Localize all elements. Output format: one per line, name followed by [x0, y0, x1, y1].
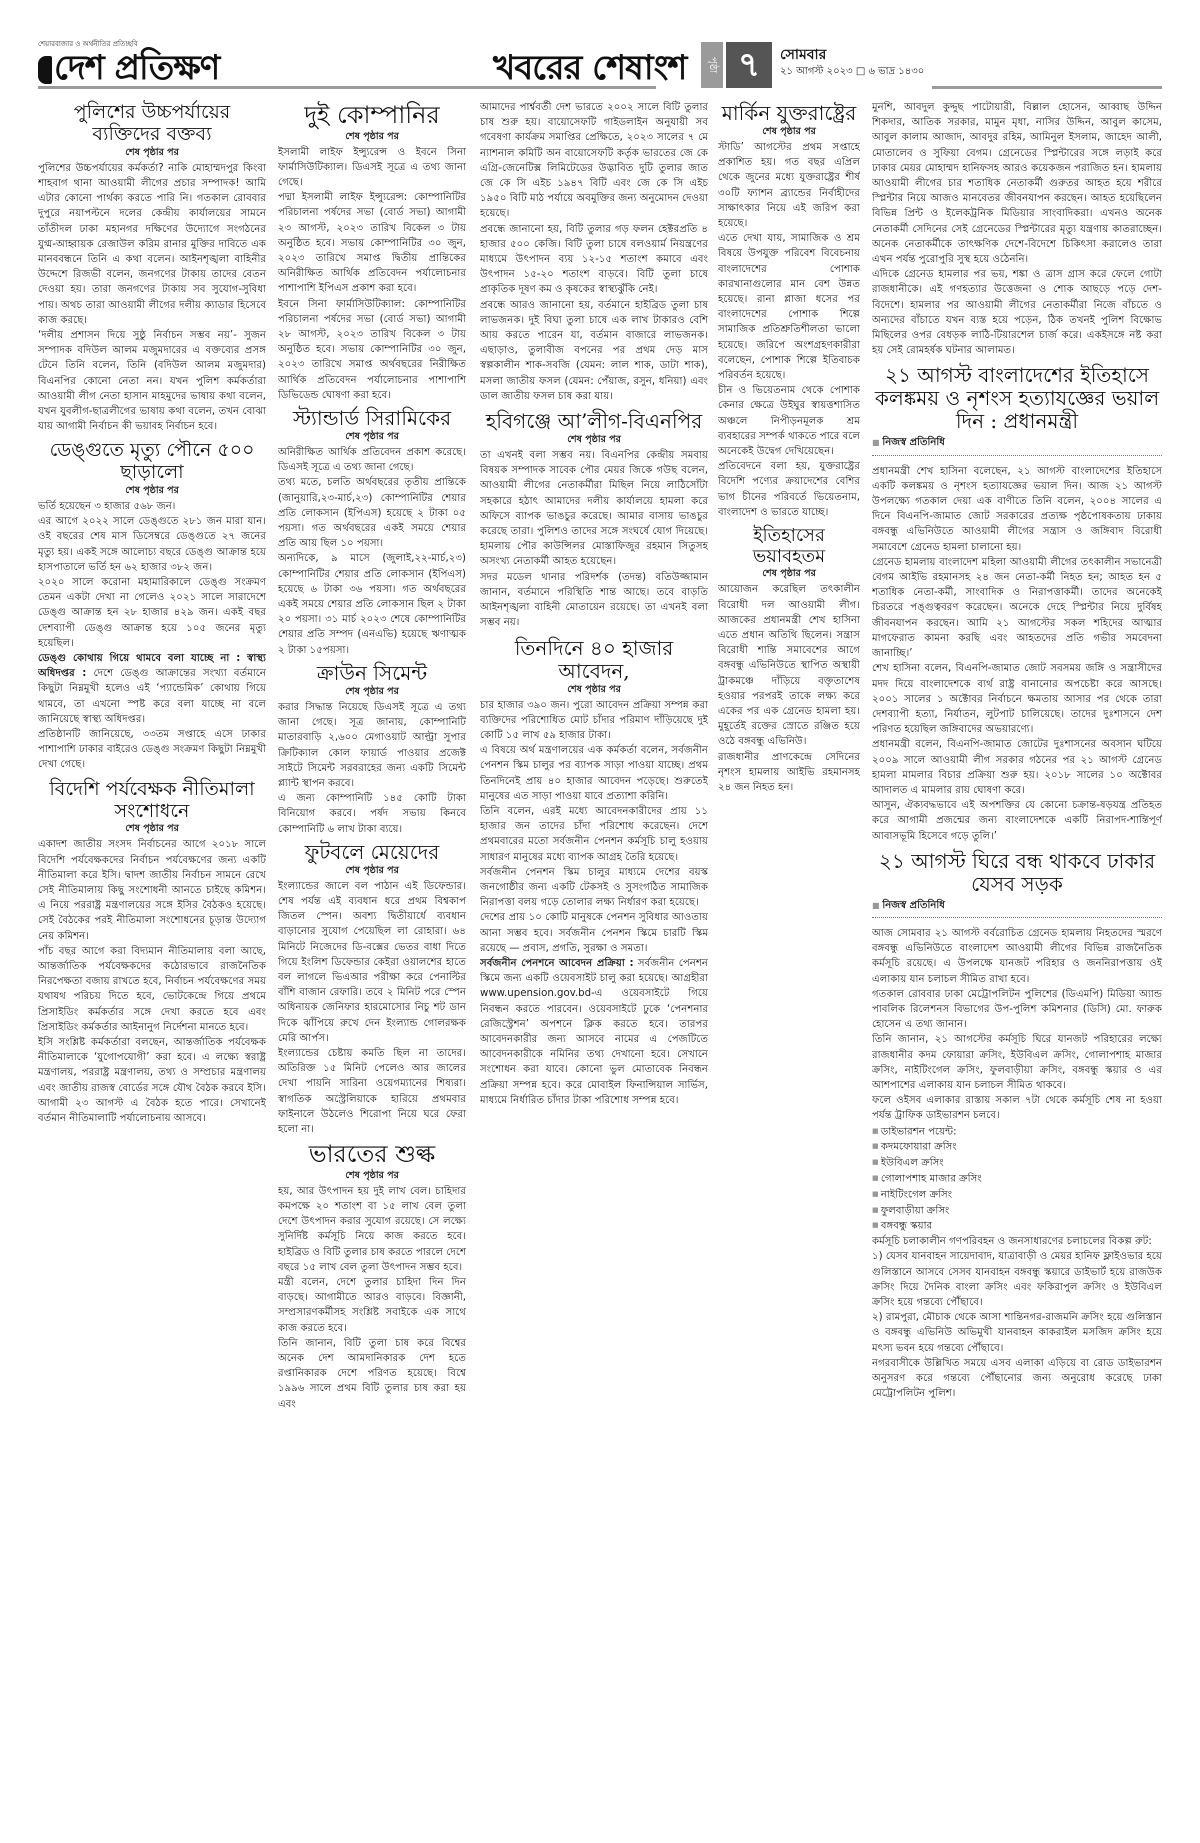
subhead: সর্বজনীন পেনশনে আবেদন প্রক্রিয়া :: [480, 958, 634, 969]
paragraph: ইসলামী লাইফ ইন্স্যুরেন্স ও ইবনে সিনা ফার…: [278, 145, 466, 191]
column-5: মুনশি, আবদুল কুদ্দুছ পাটোয়ারী, বিল্লাল …: [872, 100, 1162, 1740]
article-observer: বিদেশি পর্যবেক্ষক নীতিমালা সংশোধনে শেষ প…: [38, 779, 266, 1127]
paragraph: মন্ত্রী বলেন, দেশে তুলার চাহিদা দিন দিন …: [278, 1275, 466, 1336]
paragraph: পুলিশের উচ্চপর্যায়ের কর্মকর্তা? নাকি মো…: [38, 161, 266, 328]
subhead-paragraph: ডেঙ্গু কোথায় গিয়ে থামবে বলা যাচ্ছে না …: [38, 651, 266, 727]
column-4: মার্কিন যুক্তরাষ্ট্রের শেষ পৃষ্ঠার পর স্…: [718, 100, 860, 1740]
paragraph: ভর্তি হয়েছেন ৩ হাজার ৫৬৮ জন।: [38, 499, 266, 514]
weekday: সোমবার: [780, 46, 924, 64]
list-item: ডাইভারশন পয়েন্ট:: [872, 1124, 1162, 1140]
list-item: কদমফোয়ারা ক্রসিং: [872, 1139, 1162, 1155]
paragraph: প্রবন্ধে আরও জানানো হয়, বর্তমানে হাইব্র…: [480, 298, 708, 404]
pension-website-text: সর্বজনীন পেনশন স্কিমে জন্য একটি ওয়েবসাই…: [480, 958, 708, 1106]
page-label: পৃষ্ঠা: [701, 42, 723, 88]
page-number: ৭: [726, 42, 772, 88]
article-two-companies: দুই কোম্পানির শেষ পৃষ্ঠার পর ইসলামী লাইফ…: [278, 102, 466, 403]
paragraph: অনিরীক্ষিত আর্থিক প্রতিবেদন প্রকাশ করেছে…: [278, 445, 466, 475]
continued-label: শেষ পৃষ্ঠার পর: [480, 683, 708, 696]
headline-police[interactable]: পুলিশের উচ্চপর্যায়ের ব্যক্তিদের বক্তব্য: [38, 102, 266, 146]
headline-crown-cement[interactable]: ক্রাউন সিমেন্ট: [278, 662, 466, 685]
list-item: নাইটিংগেল ক্রসিং: [872, 1187, 1162, 1203]
paragraph: গতকাল রোববার ঢাকা মেট্রোপলিটন পুলিশের (ড…: [872, 987, 1162, 1033]
dotted-divider: [872, 917, 1162, 918]
paragraph: প্রবন্ধে জানানো হয়, বিটি তুলার গড় ফলন …: [480, 222, 708, 298]
subhead-paragraph: সর্বজনীন পেনশনে আবেদন প্রক্রিয়া : সর্বজ…: [480, 956, 708, 1108]
article-india-duty: ভারতের শুল্ক শেষ পৃষ্ঠার পর হয়, আর উৎপা…: [278, 1141, 466, 1412]
paragraph: ১) যেসব যানবাহন সায়েদাবাদ, যাত্রাবাড়ী …: [872, 1249, 1162, 1310]
list-item: বঙ্গবন্ধু স্কয়ার: [872, 1218, 1162, 1234]
paragraph: দেশের প্রায় ১০ কোটি মানুষকে পেনশন সুবিধ…: [480, 910, 708, 956]
article-hobiganj: হবিগঞ্জে আ’লীগ-বিএনপির শেষ পৃষ্ঠার পর তা…: [480, 410, 708, 630]
list-item: ফুলবাড়ীয়া ক্রসিং: [872, 1203, 1162, 1219]
paragraph: ইসি সংশ্লিষ্ট কর্মকর্তারা বলছেন, আন্তর্জ…: [38, 1035, 266, 1126]
column-1: পুলিশের উচ্চপর্যায়ের ব্যক্তিদের বক্তব্য…: [38, 100, 266, 1710]
article-august21-pm: ২১ আগস্ট বাংলাদেশের ইতিহাসে কলঙ্কময় ও ন…: [872, 364, 1162, 843]
paragraph: একাদশ জাতীয় সংসদ নির্বাচনের আগে ২০১৮ সা…: [38, 837, 266, 943]
headline-forty-thousand[interactable]: তিনদিনে ৪০ হাজার আবেদন,: [480, 637, 708, 683]
paragraph: গ্রেনেড হামলায় বাংলাদেশ মহিলা আওয়ামী ল…: [872, 555, 1162, 661]
continued-label: শেষ পৃষ্ঠার পর: [38, 146, 266, 159]
paragraph: স্টাডি’ আগস্টের প্রথম সপ্তাহে প্রকাশিত হ…: [718, 140, 860, 231]
headline-august21-pm[interactable]: ২১ আগস্ট বাংলাদেশের ইতিহাসে কলঙ্কময় ও ন…: [872, 364, 1162, 433]
headline-india-duty[interactable]: ভারতের শুল্ক: [278, 1141, 466, 1169]
headline-observer[interactable]: বিদেশি পর্যবেক্ষক নীতিমালা সংশোধনে: [38, 779, 266, 823]
paragraph: আজ সোমবার ২১ আগস্ট বর্বরোচিত গ্রেনেড হাম…: [872, 926, 1162, 987]
article-police: পুলিশের উচ্চপর্যায়ের ব্যক্তিদের বক্তব্য…: [38, 102, 266, 434]
continued-label: শেষ পৃষ্ঠার পর: [38, 484, 266, 497]
newspaper-logo[interactable]: শেয়ারবাজার ও অর্থনীতির প্রতিচ্ছবি দেশ প…: [38, 40, 219, 87]
byline: নিজস্ব প্রতিনিধি: [872, 898, 1162, 913]
paragraph: ২) রামপুরা, মৌচাক থেকে আসা শান্তিনগর-রাজ…: [872, 1310, 1162, 1356]
paragraph: চার হাজার ৩৯০ জন। পুরো আবেদন প্রক্রিয়া …: [480, 698, 708, 744]
article-dengue: ডেঙ্গুতে মৃত্যু পৌনে ৫০০ ছাড়ালো শেষ পৃষ…: [38, 440, 266, 772]
article-standard-ceramic: স্ট্যান্ডার্ড সিরামিকের শেষ পৃষ্ঠার পর অ…: [278, 407, 466, 658]
paragraph: তথ্য মতে, চলতি অর্থবছরের তৃতীয় প্রান্তি…: [278, 475, 466, 551]
paragraph: মুনশি, আবদুল কুদ্দুছ পাটোয়ারী, বিল্লাল …: [872, 100, 1162, 267]
byline: নিজস্ব প্রতিনিধি: [872, 435, 1162, 450]
article-august21-continued: মুনশি, আবদুল কুদ্দুছ পাটোয়ারী, বিল্লাল …: [872, 100, 1162, 358]
dotted-divider: [872, 455, 1162, 456]
paragraph: চীন ও ভিয়েতনাম থেকে পোশাক কেনার ক্ষেত্র…: [718, 383, 860, 459]
paragraph: ইংল্যান্ডের চেষ্টায় কমতি ছিল না তাদের। …: [278, 1046, 466, 1137]
article-roads-closed: ২১ আগস্ট ঘিরে বন্ধ থাকবে ঢাকার যেসব সড়ক…: [872, 850, 1162, 1402]
list-item: গোলাপশাহ মাজার ক্রসিং: [872, 1171, 1162, 1187]
paragraph: এদিকে গ্রেনেড হামলার পর ভয়, শঙ্কা ও ত্র…: [872, 267, 1162, 358]
paragraph: ফলে ওইসব এলাকার রাস্তায় সকাল ৭টা থেকে ক…: [872, 1093, 1162, 1123]
paragraph: করার সিদ্ধান্ত নিয়েছে ডিএসই সূত্রে এ তথ…: [278, 700, 466, 791]
paragraph: শেখ হাসিনা বলেন, বিএনপি-জামাত জোট সবসময়…: [872, 661, 1162, 737]
continued-label: শেষ পৃষ্ঠার পর: [718, 125, 860, 138]
paragraph: আসুন, ঐক্যবদ্ধভাবে এই অপশক্তির যে কোনো চ…: [872, 798, 1162, 844]
diversion-points-list: ডাইভারশন পয়েন্ট: কদমফোয়ারা ক্রসিং ইউবি…: [872, 1124, 1162, 1235]
continued-label: শেষ পৃষ্ঠার পর: [278, 430, 466, 443]
paragraph: এ জন্য কোম্পানিটি ১৪৫ কোটি টাকা বিনিয়োগ…: [278, 791, 466, 837]
paragraph: প্রধানমন্ত্রী বলেন, বিএনপি-জামাত জোটের দ…: [872, 737, 1162, 798]
paragraph: প্রধানমন্ত্রী শেখ হাসিনা বলেছেন, ২১ আগস্…: [872, 464, 1162, 555]
headline-two-companies[interactable]: দুই কোম্পানির: [278, 102, 466, 130]
logo-badge-icon: [38, 56, 52, 84]
paragraph: ২০২০ সালে করোনা মহামারিকালে ডেঙ্গু সংক্র…: [38, 575, 266, 651]
list-item: ইউবিএল ক্রসিং: [872, 1155, 1162, 1171]
paragraph: পদ্মা ইসলামী লাইফ ইন্স্যুরেন্স: কোম্পানি…: [278, 190, 466, 296]
brand-name: দেশ প্রতিক্ষণ: [54, 48, 219, 88]
paragraph: পাঁচ বছর আগে করা বিদ্যমান নীতিমালায় বলা…: [38, 944, 266, 1035]
headline-usa[interactable]: মার্কিন যুক্তরাষ্ট্রের: [718, 102, 860, 125]
column-2: দুই কোম্পানির শেষ পৃষ্ঠার পর ইসলামী লাইফ…: [278, 100, 466, 1740]
paragraph: আমাদের পার্শ্ববর্তী দেশ ভারতে ২০০২ সালে …: [480, 100, 708, 222]
masthead-rule-left: [38, 86, 656, 89]
continued-label: শেষ পৃষ্ঠার পর: [38, 822, 266, 835]
paragraph: সদর মডেল থানার পরিদর্শক (তদন্ত) বতিউজ্জা…: [480, 570, 708, 631]
paragraph: এর আগে ২০২২ সালে ডেঙ্গুতে ২৮১ জন মারা যা…: [38, 514, 266, 575]
paragraph: নগরবাসীকে উল্লিখিত সময়ে এসব এলাকা এড়িয…: [872, 1356, 1162, 1402]
paragraph: অন্যদিকে, ৯ মাসে (জুলাই,২২-মার্চ,২৩) কোম…: [278, 551, 466, 657]
date-block: সোমবার ২১ আগস্ট ২০২৩ □ ৬ ভাদ্র ১৪৩০: [780, 46, 924, 80]
paragraph: প্রতিষ্ঠানটি জানিয়েছে, ৩৩তম সপ্তাহে এসে…: [38, 727, 266, 773]
column-3: আমাদের পার্শ্ববর্তী দেশ ভারতে ২০০২ সালে …: [480, 100, 708, 1740]
article-history-worst: ইতিহাসের ভয়াবহতম শেষ পৃষ্ঠার পর আয়োজন …: [718, 526, 860, 795]
headline-dengue[interactable]: ডেঙ্গুতে মৃত্যু পৌনে ৫০০ ছাড়ালো: [38, 440, 266, 484]
headline-history-worst[interactable]: ইতিহাসের ভয়াবহতম: [718, 526, 860, 567]
paragraph: ইবনে সিনা ফার্মাসিউটিক্যাল: কোম্পানিটির …: [278, 297, 466, 403]
headline-roads-closed[interactable]: ২১ আগস্ট ঘিরে বন্ধ থাকবে ঢাকার যেসব সড়ক: [872, 850, 1162, 896]
article-football: ফুটবলে মেয়েদের শেষ পৃষ্ঠার পর ইংল্যান্ড…: [278, 841, 466, 1137]
issue-date: ২১ আগস্ট ২০২৩ □ ৬ ভাদ্র ১৪৩০: [780, 64, 924, 80]
section-title: খবরের শেষাংশ: [493, 42, 686, 99]
masthead: শেয়ারবাজার ও অর্থনীতির প্রতিচ্ছবি দেশ প…: [38, 40, 1162, 90]
paragraph: এতে দেখা যায়, সামাজিক ও শ্রম বিষয়ে উপয…: [718, 231, 860, 383]
paragraph: এ বিষয়ে অর্থ মন্ত্রণালয়ের এক কর্মকর্তা…: [480, 743, 708, 804]
continued-label: শেষ পৃষ্ঠার পর: [278, 685, 466, 698]
continued-label: শেষ পৃষ্ঠার পর: [278, 864, 466, 877]
paragraph: হয়, আর উৎপাদন হয় দুই লাখ বেল। চাহিদার …: [278, 1184, 466, 1275]
masthead-rule-right: [932, 86, 1162, 89]
paragraph: তা এখনই বলা সম্ভব নয়। বিএনপির কেন্দ্রীয…: [480, 448, 708, 570]
paragraph: আয়োজন করেছিল তৎকালীন বিরোধী দল আওয়ামী …: [718, 582, 860, 749]
paragraph: রাজধানীর প্রাণকেন্দ্রে সেদিনের নৃশংস হাম…: [718, 750, 860, 796]
continued-label: শেষ পৃষ্ঠার পর: [718, 567, 860, 580]
alt-routes-title: কর্মসূচি চলাকালীন গণপরিবহন ও জনসাধারণের …: [872, 1234, 1162, 1249]
continued-label: শেষ পৃষ্ঠার পর: [480, 433, 708, 446]
paragraph: তিনি জানান, বিটি তুলা চাষ করে বিশ্বের অন…: [278, 1336, 466, 1412]
paragraph: সর্বজনীন পেনশন স্কিম চালুর মাধ্যমে দেশের…: [480, 865, 708, 911]
article-forty-thousand: তিনদিনে ৪০ হাজার আবেদন, শেষ পৃষ্ঠার পর চ…: [480, 637, 708, 1108]
paragraph: ‘দলীয় প্রশাসন দিয়ে সুষ্ঠু নির্বাচন সম্…: [38, 328, 266, 434]
article-usa: মার্কিন যুক্তরাষ্ট্রের শেষ পৃষ্ঠার পর স্…: [718, 102, 860, 520]
paragraph: তিনি বলেন, এরই মধ্যে আবেদনকারীদের প্রায়…: [480, 804, 708, 865]
paragraph: প্রতিবেদনে বলা হয়, যুক্তরাষ্ট্রের বিদেশ…: [718, 459, 860, 520]
article-bt-cotton: আমাদের পার্শ্ববর্তী দেশ ভারতে ২০০২ সালে …: [480, 100, 708, 404]
continued-label: শেষ পৃষ্ঠার পর: [278, 130, 466, 143]
headline-football[interactable]: ফুটবলে মেয়েদের: [278, 841, 466, 864]
paragraph: ইংল্যান্ডের জালে বল পাঠান এই ডিফেন্ডার। …: [278, 879, 466, 1046]
article-crown-cement: ক্রাউন সিমেন্ট শেষ পৃষ্ঠার পর করার সিদ্ধ…: [278, 662, 466, 837]
continued-label: শেষ পৃষ্ঠার পর: [278, 1169, 466, 1182]
headline-standard-ceramic[interactable]: স্ট্যান্ডার্ড সিরামিকের: [278, 407, 466, 430]
headline-hobiganj[interactable]: হবিগঞ্জে আ’লীগ-বিএনপির: [480, 410, 708, 433]
paragraph: তিনি জানান, ২১ আগস্টের কর্মসূচি ঘিরে যান…: [872, 1032, 1162, 1093]
